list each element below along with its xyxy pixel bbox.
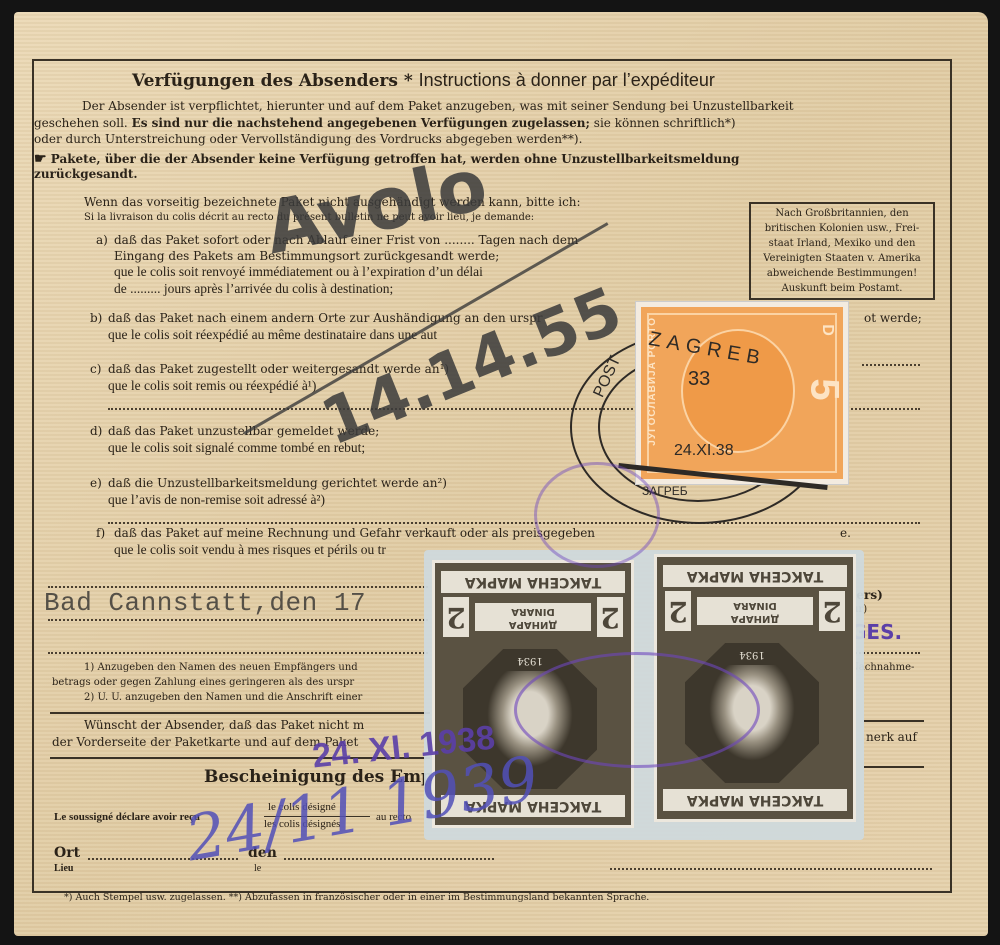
stamp-footer: ТАКСЕНА МАРКА xyxy=(663,789,847,811)
footnote-2: 2) U. U. anzugeben den Namen und die Ans… xyxy=(84,692,362,703)
country-notice-box: Nach Großbritannien, den britischen Kolo… xyxy=(749,202,935,300)
lieu-label: Lieu xyxy=(54,863,73,874)
divider xyxy=(864,766,924,768)
option-label: a) xyxy=(96,233,108,247)
option-french: que le colis soit réexpédié au même dest… xyxy=(108,327,437,343)
stamp-denomination: 2 xyxy=(665,591,691,631)
option-german: daß das Paket auf meine Rechnung und Gef… xyxy=(114,526,595,540)
stamp-denomination: 2 xyxy=(597,597,623,637)
option-french: que l’avis de non-remise soit adressé à²… xyxy=(108,492,325,508)
address-line-e[interactable] xyxy=(108,522,920,524)
dotted-line xyxy=(862,364,920,366)
typed-place-date[interactable]: Bad Cannstatt,den 17 xyxy=(44,588,366,618)
title-separator: * xyxy=(404,71,413,91)
bottom-footnote: *) Auch Stempel usw. zugelassen. **) Abz… xyxy=(64,892,649,903)
option-label: b) xyxy=(90,311,102,325)
parcel-card: Verfügungen des Absenders * Instructions… xyxy=(14,12,988,936)
ort-label: Ort xyxy=(54,845,80,861)
wish-line-1-tail: nerk auf xyxy=(866,730,917,744)
option-french-2: de ......... jours après l’arrivée du co… xyxy=(114,281,393,297)
option-label: c) xyxy=(90,362,101,376)
option-french: que le colis soit renvoyé immédiatement … xyxy=(114,264,483,280)
box-line: staat Irland, Mexiko und den xyxy=(751,236,933,251)
option-german-tail: ot werde; xyxy=(864,311,922,325)
currency-cyr: ДИНАРА xyxy=(697,612,813,625)
option-german-tail: e. xyxy=(840,526,851,540)
divider xyxy=(864,720,924,722)
option-label: e) xyxy=(90,476,102,490)
date-field[interactable] xyxy=(284,858,494,860)
title-german: Verfügungen des Absenders xyxy=(132,71,398,91)
page-title: Verfügungen des Absenders * Instructions… xyxy=(132,70,715,91)
receipt-declare: Le soussigné déclare avoir reçu xyxy=(54,811,200,823)
notice-line-2: zurückgesandt. xyxy=(34,167,138,181)
stamp-header: ТАКСЕНА МАРКА xyxy=(441,571,625,593)
intro-line-3: oder durch Unterstreichung oder Vervolls… xyxy=(34,132,582,146)
postmark-office: 33 xyxy=(688,368,710,391)
recipient-signature-field[interactable] xyxy=(610,868,932,870)
footnote-1-cont: betrags oder gegen Zahlung eines geringe… xyxy=(52,677,354,688)
violet-oval-handstamp xyxy=(514,652,760,768)
option-french: que le colis soit remis ou réexpédié à¹) xyxy=(108,378,316,394)
option-french: que le colis soit vendu à mes risques et… xyxy=(114,542,386,558)
stamp-currency: D xyxy=(818,324,836,336)
stamp-denomination: 2 xyxy=(443,597,469,637)
stamp-denomination: 2 xyxy=(819,591,845,631)
box-line: Nach Großbritannien, den xyxy=(751,206,933,221)
stamp-header: ТАКСЕНА МАРКА xyxy=(663,565,847,587)
box-line: Vereinigten Staaten v. Amerika xyxy=(751,251,933,266)
option-label: d) xyxy=(90,424,102,438)
stamp-currency: ДИНАРАDINARA xyxy=(697,597,813,625)
option-french: que le colis soit signalé comme tombé en… xyxy=(108,440,365,456)
box-line: Auskunft beim Postamt. xyxy=(751,281,933,296)
wish-line-1: Wünscht der Absender, daß das Paket nich… xyxy=(84,718,364,732)
place-date-line xyxy=(48,619,428,621)
option-german: daß das Paket nach einem andern Orte zur… xyxy=(108,311,543,325)
le-label: le xyxy=(254,863,261,874)
intro-tail: sie können schriftlich*) xyxy=(594,116,736,130)
title-french: Instructions à donner par l’expéditeur xyxy=(419,70,715,90)
box-line: abweichende Bestimmungen! xyxy=(751,266,933,281)
currency-lat: DINARA xyxy=(697,599,813,612)
divider xyxy=(50,712,430,714)
currency-lat: DINARA xyxy=(475,605,591,618)
stamp-currency: ДИНАРАDINARA xyxy=(475,603,591,631)
postmark-date: 24.XI.38 xyxy=(674,442,734,460)
option-german: daß die Unzustellbarkeitsmeldung gericht… xyxy=(108,476,447,490)
violet-round-handstamp xyxy=(534,462,660,568)
option-label: f) xyxy=(96,526,105,540)
pointing-hand-icon: ☛ xyxy=(34,151,47,167)
intro-line-1: Der Absender ist verpflichtet, hierunter… xyxy=(82,99,794,113)
stamp-year: 1934 xyxy=(685,649,819,660)
intro-bold-text: Es sind nur die nachstehend angegebenen … xyxy=(132,116,590,130)
box-line: britischen Kolonien usw., Frei- xyxy=(751,221,933,236)
country-cyrillic: ЈУГОСЛАВИЈА xyxy=(647,361,658,446)
intro-text: geschehen soll. xyxy=(34,116,128,130)
currency-cyr: ДИНАРА xyxy=(475,618,591,631)
footnote-1: 1) Anzugeben den Namen des neuen Empfäng… xyxy=(84,662,358,673)
signature-line[interactable] xyxy=(48,652,428,654)
intro-line-2: geschehen soll. Es sind nur die nachsteh… xyxy=(34,116,736,130)
stamp-value: 5 xyxy=(801,378,846,400)
postage-due-stamp: ЈУГОСЛАВИЈА PORTO D 5 xyxy=(636,302,848,484)
